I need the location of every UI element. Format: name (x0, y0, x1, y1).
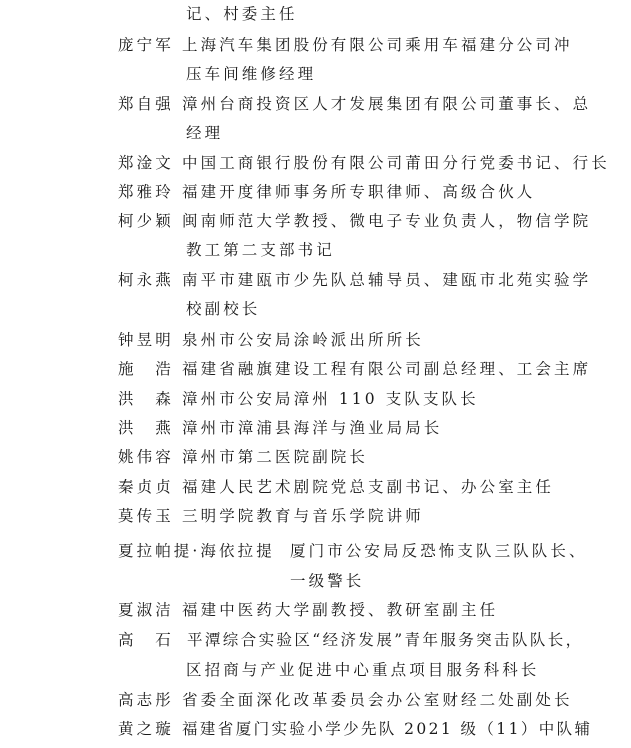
entry-title: 平潭综合实验区“经济发展”青年服务突击队队长， (187, 630, 584, 650)
entry-title-continuation: 校副校长 (186, 299, 260, 319)
entry-name: 洪 燕 (118, 418, 174, 438)
entry-title: 漳州市第二医院副院长 (182, 447, 368, 467)
entry-title: 厦门市公安局反恐怖支队三队队长、 (290, 541, 588, 561)
entry-name: 秦贞贞 (118, 477, 174, 497)
entry-name: 庞宁军 (118, 35, 174, 55)
entry-name: 郑雅玲 (118, 182, 174, 202)
entry-title: 南平市建瓯市少先队总辅导员、建瓯市北苑实验学 (182, 270, 591, 290)
entry-title-continuation: 一级警长 (290, 571, 364, 591)
entry-title: 漳州市漳浦县海洋与渔业局局长 (182, 418, 442, 438)
entry-title: 三明学院教育与音乐学院讲师 (182, 506, 424, 526)
entry-name: 洪 森 (118, 389, 174, 409)
entry-name: 柯少颖 (118, 211, 174, 231)
entry-title: 福建省厦门实验小学少先队 2021 级（11）中队辅 (182, 719, 592, 739)
entry-title: 上海汽车集团股份有限公司乘用车福建分公司冲 (182, 35, 573, 55)
entry-name: 高 石 (118, 630, 174, 650)
continuation-line: 记、村委主任 (186, 4, 298, 24)
entry-name: 钟昱明 (118, 330, 174, 350)
entry-title: 中国工商银行股份有限公司莆田分行党委书记、行长 (182, 153, 610, 173)
entry-title: 漳州市公安局漳州 110 支队支队长 (182, 389, 479, 409)
entry-name: 姚伟容 (118, 447, 174, 467)
entry-name: 郑淦文 (118, 153, 174, 173)
entry-title: 福建开度律师事务所专职律师、高级合伙人 (182, 182, 535, 202)
entry-title-continuation: 经理 (186, 123, 223, 143)
entry-name: 夏淑洁 (118, 600, 174, 620)
entry-title: 漳州台商投资区人才发展集团有限公司董事长、总 (182, 94, 591, 114)
entry-name: 郑自强 (118, 94, 174, 114)
entry-title: 省委全面深化改革委员会办公室财经二处副处长 (182, 690, 573, 710)
document-page: 记、村委主任 庞宁军 上海汽车集团股份有限公司乘用车福建分公司冲 压车间维修经理… (0, 0, 631, 748)
entry-title-continuation: 区招商与产业促进中心重点项目服务科科长 (186, 660, 539, 680)
entry-title-continuation: 教工第二支部书记 (186, 240, 335, 260)
entry-title: 福建中医药大学副教授、教研室副主任 (182, 600, 498, 620)
entry-name: 柯永燕 (118, 270, 174, 290)
entry-name: 夏拉帕提·海依拉提 (118, 541, 275, 561)
entry-name: 高志彤 (118, 690, 174, 710)
entry-title-continuation: 压车间维修经理 (186, 64, 316, 84)
entry-title: 福建省融旗建设工程有限公司副总经理、工会主席 (182, 359, 591, 379)
entry-name: 黄之璇 (118, 719, 174, 739)
entry-title: 福建人民艺术剧院党总支副书记、办公室主任 (182, 477, 554, 497)
entry-title: 泉州市公安局涂岭派出所所长 (182, 330, 424, 350)
entry-title: 闽南师范大学教授、微电子专业负责人，物信学院 (182, 211, 591, 231)
entry-name: 莫传玉 (118, 506, 174, 526)
entry-name: 施 浩 (118, 359, 174, 379)
